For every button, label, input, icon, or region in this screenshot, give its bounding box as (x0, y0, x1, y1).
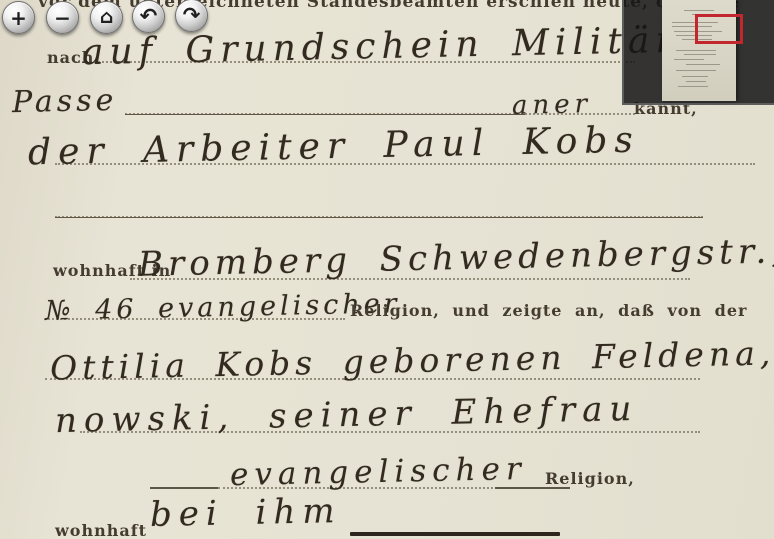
printed-religion: Religion, (545, 469, 635, 488)
rotate-right-icon: ↷ (183, 5, 201, 26)
navigator-viewport-rect[interactable] (695, 14, 743, 44)
zoom-in-button[interactable]: + (2, 1, 35, 34)
home-icon: ⌂ (100, 8, 114, 27)
handwriting-line-1: auf Grundschein Militär (82, 20, 679, 73)
handwriting-line-3: der Arbeiter Paul Kobs (28, 120, 641, 174)
rotate-right-button[interactable]: ↷ (175, 0, 208, 32)
handwriting-line-7: nowski, seiner Ehefrau (55, 389, 639, 441)
handwriting-line-5: № 46 evangelischer (45, 288, 401, 326)
minus-icon: − (54, 8, 71, 28)
handwriting-line-2a: Passe (12, 83, 118, 120)
ruled-line (350, 532, 560, 536)
printed-wohnhaft: wohnhaft (55, 521, 147, 539)
printed-religion-zeigte: Religion, und zeigte an, daß von der (350, 301, 747, 320)
ruled-line (55, 216, 703, 218)
handwriting-line-9: bei ihm (150, 491, 342, 535)
handwriting-line-4: Bromberg Schwedenbergstr., (138, 231, 774, 285)
deepzoom-viewer: vor dem unterzeichneten Standesbeamten e… (0, 0, 774, 539)
home-button[interactable]: ⌂ (90, 1, 123, 34)
ruled-line (150, 487, 218, 489)
handwriting-line-8: evangelischer (230, 451, 527, 493)
handwriting-line-2b: aner (512, 89, 593, 121)
rotate-left-icon: ↶ (140, 6, 158, 27)
navigator-panel[interactable] (622, 0, 774, 105)
zoom-out-button[interactable]: − (46, 1, 79, 34)
rotate-left-button[interactable]: ↶ (132, 0, 165, 33)
plus-icon: + (10, 8, 27, 28)
